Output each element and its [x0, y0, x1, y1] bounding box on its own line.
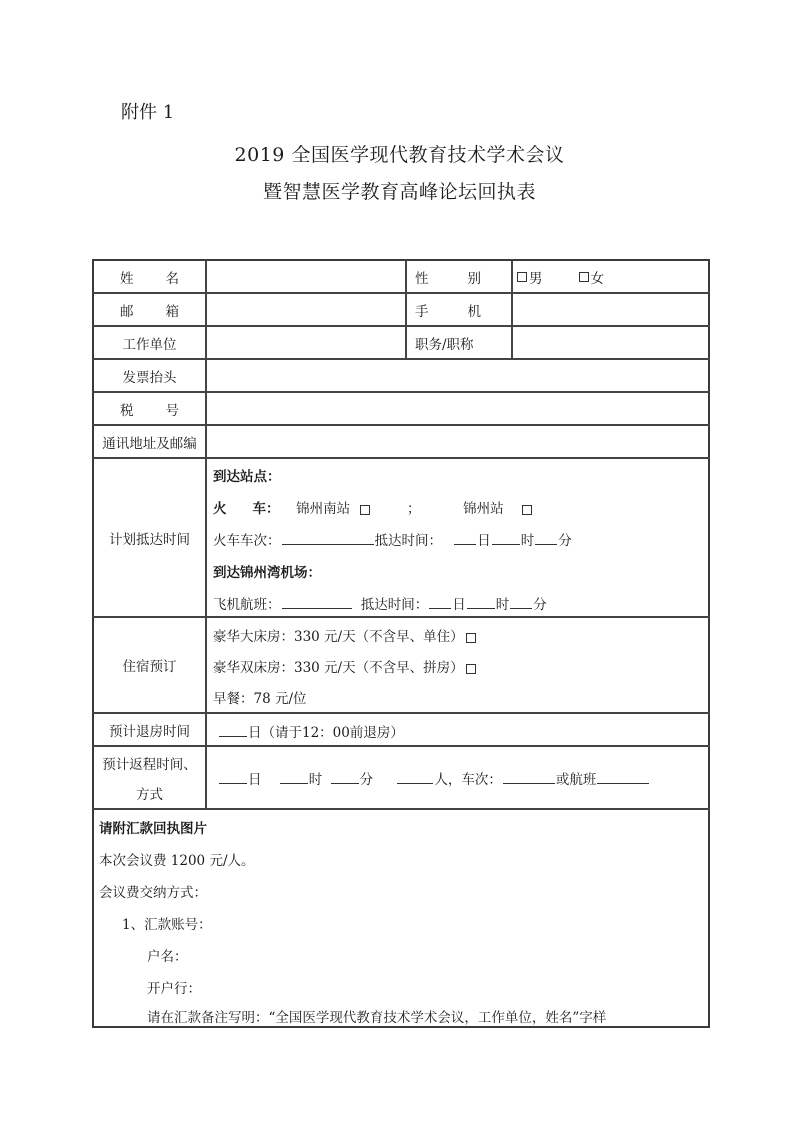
twin-room-label: 豪华双床房：330 元/天（不含早、拼房）: [213, 660, 464, 676]
lodging-option-twin: 豪华双床房：330 元/天（不含早、拼房）: [213, 656, 478, 676]
flight-row: 飞机航班： 抵达时间：日时分: [213, 593, 547, 613]
separator: ；: [407, 501, 421, 517]
checkout-row: 日（请于12：00前退房）: [218, 721, 404, 741]
bank-label: 开户行：: [147, 977, 201, 997]
day-label: 日: [452, 597, 466, 613]
persons-label: 人，车次：: [434, 772, 502, 788]
flight-blank[interactable]: [282, 596, 352, 609]
minute-label: 分: [360, 772, 374, 788]
email-field[interactable]: [207, 294, 405, 325]
or-flight-label: 或航班: [556, 772, 597, 788]
label-char: 机: [468, 300, 482, 320]
breakfast-price: 早餐：78 元/位: [213, 687, 307, 707]
arrival-label: 计划抵达时间: [94, 459, 205, 616]
address-label: 通讯地址及邮编: [94, 426, 205, 457]
flight-label: 飞机航班：: [213, 597, 281, 613]
option-male-label: 男: [529, 267, 543, 287]
row-divider: [92, 808, 710, 810]
hour-label: 时: [496, 597, 510, 613]
payment-heading: 请附汇款回执图片: [99, 817, 207, 837]
position-label: 职务/职称: [415, 327, 511, 358]
lodging-option-king: 豪华大床房：330 元/天（不含早、单住）: [213, 625, 478, 645]
king-room-label: 豪华大床房：330 元/天（不含早、单住）: [213, 629, 464, 645]
label-char: 姓: [120, 267, 134, 287]
checkout-day-blank[interactable]: [219, 724, 247, 737]
gender-label: 性 别: [407, 261, 511, 292]
return-minute-blank[interactable]: [331, 771, 359, 784]
conference-fee: 本次会议费 1200 元/人。: [99, 849, 255, 869]
arrive-time-label: 抵达时间：: [361, 597, 429, 613]
airport-heading: 到达锦州湾机场：: [213, 561, 321, 581]
train-station-row: 火车： 锦州南站 ； 锦州站: [213, 497, 534, 517]
day-blank[interactable]: [454, 532, 476, 545]
remittance-remark: 请在汇款备注写明：“全国医学现代教育技术学术会议，工作单位，姓名”字样: [147, 1006, 606, 1026]
return-label-line1: 预计返程时间、: [102, 753, 197, 773]
invoice-title-field[interactable]: [207, 360, 708, 391]
return-hour-blank[interactable]: [280, 771, 308, 784]
label-char: 手: [415, 300, 429, 320]
phone-label: 手 机: [407, 294, 511, 325]
checkout-label: 预计退房时间: [94, 714, 205, 745]
return-row: 日 时 分 人，车次：或航班: [218, 768, 650, 788]
checkout-text: 日（请于12：00前退房）: [248, 725, 404, 741]
train-label-a: 火: [213, 501, 227, 517]
phone-field[interactable]: [513, 294, 708, 325]
minute-label: 分: [558, 533, 572, 549]
invoice-title-label: 发票抬头: [94, 360, 205, 391]
label-char: 税: [120, 399, 134, 419]
label-char: 箱: [166, 300, 180, 320]
checkbox-female[interactable]: [579, 272, 589, 282]
checkbox-jinzhou-south[interactable]: [360, 505, 370, 515]
day-blank[interactable]: [429, 596, 451, 609]
train-number-label: 火车车次：: [213, 533, 281, 549]
name-label: 姓 名: [94, 261, 205, 292]
day-label: 日: [477, 533, 491, 549]
label-char: 名: [166, 267, 180, 287]
lodging-label: 住宿预订: [94, 618, 205, 712]
option-female-label: 女: [591, 267, 605, 287]
train-number-row: 火车车次：抵达时间： 日时分: [213, 529, 572, 549]
work-unit-field[interactable]: [207, 327, 405, 358]
payment-method: 会议费交纳方式：: [99, 881, 207, 901]
station-jinzhou-label: 锦州站: [463, 501, 504, 517]
station-jinzhou-south-label: 锦州南站: [296, 501, 350, 517]
work-unit-label: 工作单位: [94, 327, 205, 358]
hour-blank[interactable]: [467, 596, 495, 609]
email-label: 邮 箱: [94, 294, 205, 325]
hour-blank[interactable]: [492, 532, 520, 545]
return-label: 预计返程时间、 方式: [94, 747, 205, 808]
checkbox-king-room[interactable]: [466, 633, 476, 643]
persons-blank[interactable]: [397, 771, 433, 784]
attachment-label: 附件 1: [121, 98, 174, 124]
address-field[interactable]: [207, 426, 708, 457]
train-label-b: 车：: [253, 501, 280, 517]
tax-id-field[interactable]: [207, 393, 708, 424]
flight-number-blank[interactable]: [597, 771, 649, 784]
train-number-blank[interactable]: [503, 771, 555, 784]
train-number-blank[interactable]: [282, 532, 374, 545]
minute-blank[interactable]: [510, 596, 532, 609]
minute-label: 分: [533, 597, 547, 613]
station-heading: 到达站点：: [213, 465, 281, 485]
name-field[interactable]: [207, 261, 405, 292]
hour-label: 时: [309, 772, 323, 788]
day-label: 日: [248, 772, 262, 788]
minute-blank[interactable]: [535, 532, 557, 545]
return-label-line2: 方式: [136, 783, 163, 803]
gender-options: 男 女: [515, 261, 705, 292]
arrive-time-label: 抵达时间：: [375, 533, 443, 549]
page-title: 2019 全国医学现代教育技术学术会议: [0, 140, 799, 167]
checkbox-male[interactable]: [517, 272, 527, 282]
page-subtitle: 暨智慧医学教育高峰论坛回执表: [0, 177, 799, 204]
checkbox-twin-room[interactable]: [466, 664, 476, 674]
label-char: 号: [166, 399, 180, 419]
position-field[interactable]: [513, 327, 708, 358]
hour-label: 时: [521, 533, 535, 549]
label-char: 别: [468, 267, 482, 287]
return-day-blank[interactable]: [219, 771, 247, 784]
account-name-label: 户名：: [147, 945, 188, 965]
label-char: 性: [415, 267, 429, 287]
tax-id-label: 税 号: [94, 393, 205, 424]
label-char: 邮: [120, 300, 134, 320]
checkbox-jinzhou[interactable]: [522, 505, 532, 515]
bank-account-label: 1、汇款账号：: [122, 913, 212, 933]
